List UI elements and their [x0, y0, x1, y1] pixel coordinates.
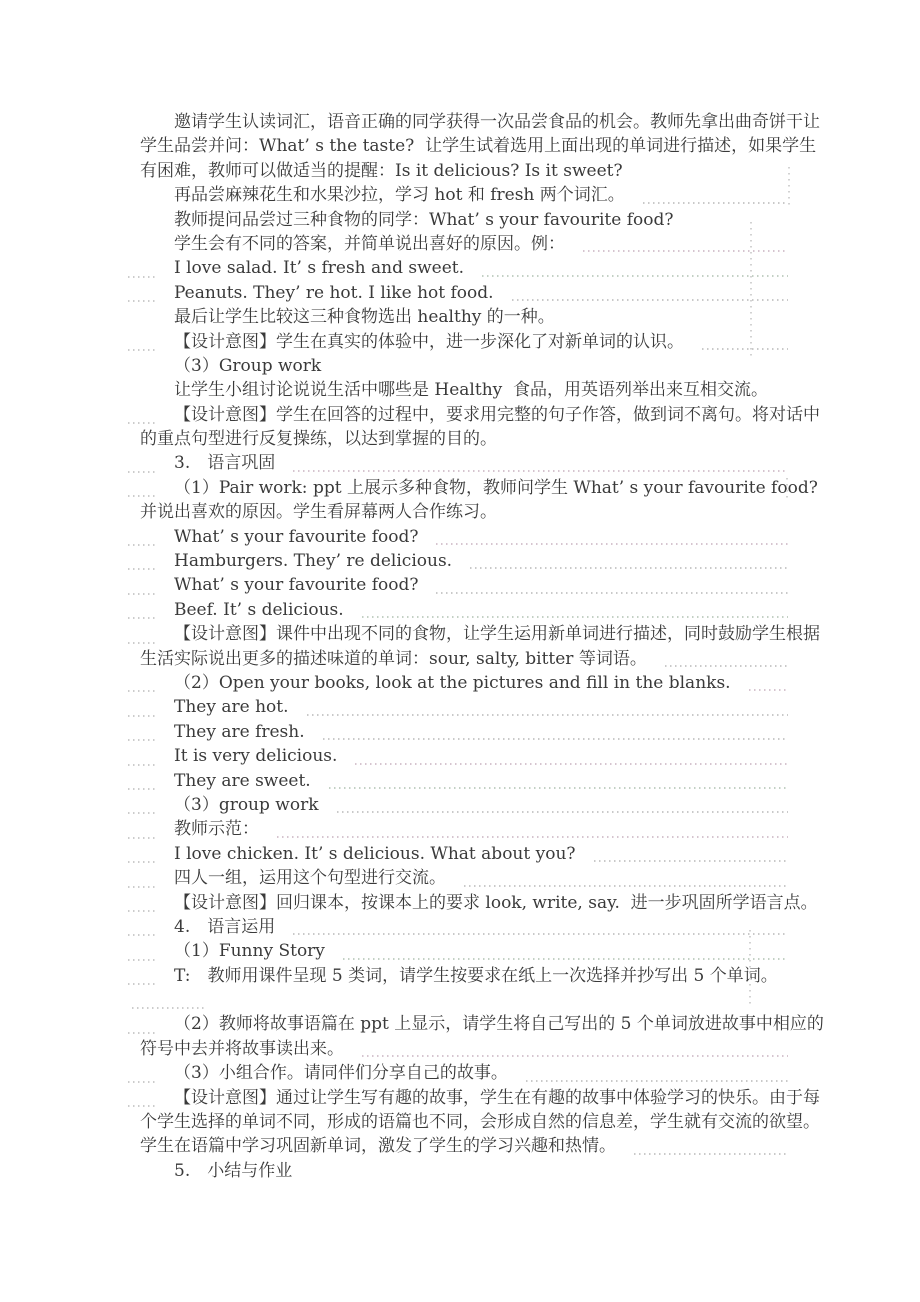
- doc-line: Beef. It’ s delicious.: [140, 598, 788, 622]
- doc-line-text: 学生在语篇中学习巩固新单词，激发了学生的学习兴趣和热情。: [140, 1134, 616, 1158]
- doc-line-text: （2）Open your books, look at the pictures…: [140, 671, 731, 695]
- scan-artifact-vline: [750, 222, 752, 356]
- doc-line: （2）教师将故事语篇在 ppt 上显示，请学生将自己写出的 5 个单词放进故事中…: [140, 1012, 788, 1036]
- doc-line-text: 四人一组，运用这个句型进行交流。: [140, 866, 446, 890]
- doc-line: What’ s your favourite food?: [140, 573, 788, 597]
- doc-line-text: 学生会有不同的答案，并简单说出喜好的原因。例：: [140, 232, 565, 256]
- lesson-plan-text-block: 邀请学生认读词汇，语音正确的同学获得一次品尝食品的机会。教师先拿出曲奇饼干让 学…: [140, 110, 788, 1183]
- doc-line-text: 有困难，教师可以做适当的提醒：Is it delicious? Is it sw…: [140, 159, 623, 183]
- doc-line-text: 个学生选择的单词不同，形成的语篇也不同，会形成自然的信息差，学生就有交流的欲望。: [140, 1110, 820, 1134]
- doc-line-text: Beef. It’ s delicious.: [140, 598, 344, 622]
- doc-line: 教师示范：: [140, 817, 788, 841]
- design-intent-line: 【设计意图】学生在回答的过程中，要求用完整的句子作答，做到词不离句。将对话中: [140, 403, 788, 427]
- doc-line: 并说出喜欢的原因。学生看屏幕两人合作练习。: [140, 500, 788, 524]
- doc-line-text: 教师示范：: [140, 817, 259, 841]
- doc-line: （1）Funny Story: [140, 939, 788, 963]
- doc-line-text: 【设计意图】课件中出现不同的食物，让学生运用新单词进行描述，同时鼓励学生根据: [140, 622, 820, 646]
- doc-line: They are fresh.: [140, 720, 788, 744]
- doc-line: It is very delicious.: [140, 744, 788, 768]
- doc-line: Peanuts. They’ re hot. I like hot food.: [140, 281, 788, 305]
- doc-line-text: 符号中去并将故事读出来。: [140, 1037, 344, 1061]
- doc-line-text: 的重点句型进行反复操练，以达到掌握的目的。: [140, 427, 497, 451]
- doc-line-text: Peanuts. They’ re hot. I like hot food.: [140, 281, 494, 305]
- doc-line-text: 邀请学生认读词汇，语音正确的同学获得一次品尝食品的机会。教师先拿出曲奇饼干让: [140, 110, 820, 134]
- doc-line: T: 教师用课件呈现 5 类词，请学生按要求在纸上一次选择并抄写出 5 个单词。: [140, 964, 788, 988]
- design-intent-line: 【设计意图】通过让学生写有趣的故事，学生在有趣的故事中体验学习的快乐。由于每: [140, 1086, 788, 1110]
- doc-line-text: 生活实际说出更多的描述味道的单词：sour, salty, bitter 等词语…: [140, 647, 647, 671]
- doc-line-text: They are fresh.: [140, 720, 305, 744]
- doc-line-text: 3. 语言巩固: [140, 451, 275, 475]
- doc-line: Hamburgers. They’ re delicious.: [140, 549, 788, 573]
- document-page: 邀请学生认读词汇，语音正确的同学获得一次品尝食品的机会。教师先拿出曲奇饼干让 学…: [0, 0, 920, 1302]
- doc-line-text: What’ s your favourite food?: [140, 525, 418, 549]
- doc-line-text: T: 教师用课件呈现 5 类词，请学生按要求在纸上一次选择并抄写出 5 个单词。: [140, 964, 778, 988]
- doc-line: 让学生小组讨论说说生活中哪些是 Healthy 食品，用英语列举出来互相交流。: [140, 378, 788, 402]
- doc-line: 符号中去并将故事读出来。: [140, 1037, 788, 1061]
- doc-line-text: 再品尝麻辣花生和水果沙拉，学习 hot 和 fresh 两个词汇。: [140, 183, 625, 207]
- doc-line: （3）Group work: [140, 354, 788, 378]
- doc-line: 再品尝麻辣花生和水果沙拉，学习 hot 和 fresh 两个词汇。: [140, 183, 788, 207]
- doc-line-text: They are hot.: [140, 695, 289, 719]
- doc-line: （2）Open your books, look at the pictures…: [140, 671, 788, 695]
- doc-line-text: 并说出喜欢的原因。学生看屏幕两人合作练习。: [140, 500, 497, 524]
- doc-line: 学生品尝并问：What’ s the taste? 让学生试着选用上面出现的单词…: [140, 134, 788, 158]
- doc-line-text: Hamburgers. They’ re delicious.: [140, 549, 452, 573]
- doc-line-text: 学生品尝并问：What’ s the taste? 让学生试着选用上面出现的单词…: [140, 134, 816, 158]
- doc-line-text: 【设计意图】学生在回答的过程中，要求用完整的句子作答，做到词不离句。将对话中: [140, 403, 820, 427]
- blank-line: [140, 988, 788, 1012]
- doc-line: I love chicken. It’ s delicious. What ab…: [140, 842, 788, 866]
- doc-line: 有困难，教师可以做适当的提醒：Is it delicious? Is it sw…: [140, 159, 788, 183]
- doc-line-text: 4. 语言运用: [140, 915, 275, 939]
- doc-line: 教师提问品尝过三种食物的同学：What’ s your favourite fo…: [140, 208, 788, 232]
- doc-line: They are sweet.: [140, 769, 788, 793]
- doc-line-text: 让学生小组讨论说说生活中哪些是 Healthy 食品，用英语列举出来互相交流。: [140, 378, 768, 402]
- doc-line: 学生会有不同的答案，并简单说出喜好的原因。例：: [140, 232, 788, 256]
- scan-artifact-vline: [749, 930, 751, 1007]
- design-intent-line: 【设计意图】课件中出现不同的食物，让学生运用新单词进行描述，同时鼓励学生根据: [140, 622, 788, 646]
- doc-line: 个学生选择的单词不同，形成的语篇也不同，会形成自然的信息差，学生就有交流的欲望。: [140, 1110, 788, 1134]
- doc-line-text: （1）Funny Story: [140, 939, 325, 963]
- doc-line: 学生在语篇中学习巩固新单词，激发了学生的学习兴趣和热情。: [140, 1134, 788, 1158]
- doc-line: 的重点句型进行反复操练，以达到掌握的目的。: [140, 427, 788, 451]
- design-intent-line: 【设计意图】学生在真实的体验中，进一步深化了对新单词的认识。: [140, 330, 788, 354]
- doc-line: What’ s your favourite food?: [140, 525, 788, 549]
- scan-artifact-vline: [786, 478, 788, 502]
- doc-line-text: 【设计意图】回归课本，按课本上的要求 look, write, say. 进一步…: [140, 891, 818, 915]
- doc-line: （3）小组合作。请同伴们分享自己的故事。: [140, 1061, 788, 1085]
- doc-line-text: What’ s your favourite food?: [140, 573, 418, 597]
- doc-line-text: 【设计意图】通过让学生写有趣的故事，学生在有趣的故事中体验学习的快乐。由于每: [140, 1086, 820, 1110]
- doc-line: （1）Pair work: ppt 上展示多种食物，教师问学生 What’ s …: [140, 476, 788, 500]
- doc-line-text: 5. 小结与作业: [140, 1159, 292, 1183]
- doc-line-text: 【设计意图】学生在真实的体验中，进一步深化了对新单词的认识。: [140, 330, 684, 354]
- doc-line-text: It is very delicious.: [140, 744, 337, 768]
- doc-line-text: 教师提问品尝过三种食物的同学：What’ s your favourite fo…: [140, 208, 673, 232]
- doc-line-text: They are sweet.: [140, 769, 311, 793]
- doc-line-text: （1）Pair work: ppt 上展示多种食物，教师问学生 What’ s …: [140, 476, 818, 500]
- design-intent-line: 【设计意图】回归课本，按课本上的要求 look, write, say. 进一步…: [140, 891, 788, 915]
- section-heading-line: 4. 语言运用: [140, 915, 788, 939]
- doc-line-text: （3）group work: [140, 793, 319, 817]
- section-heading-line: 5. 小结与作业: [140, 1159, 788, 1183]
- doc-line-text: 最后让学生比较这三种食物选出 healthy 的一种。: [140, 305, 555, 329]
- doc-line-text: I love salad. It’ s fresh and sweet.: [140, 256, 464, 280]
- doc-line: 四人一组，运用这个句型进行交流。: [140, 866, 788, 890]
- doc-line: 生活实际说出更多的描述味道的单词：sour, salty, bitter 等词语…: [140, 647, 788, 671]
- doc-line-text: I love chicken. It’ s delicious. What ab…: [140, 842, 576, 866]
- doc-line: They are hot.: [140, 695, 788, 719]
- doc-line: （3）group work: [140, 793, 788, 817]
- doc-line: 最后让学生比较这三种食物选出 healthy 的一种。: [140, 305, 788, 329]
- doc-line-text: （3）小组合作。请同伴们分享自己的故事。: [140, 1061, 508, 1085]
- doc-line-text: （2）教师将故事语篇在 ppt 上显示，请学生将自己写出的 5 个单词放进故事中…: [140, 1012, 824, 1036]
- scan-artifact-vline: [788, 167, 790, 208]
- section-heading-line: 3. 语言巩固: [140, 451, 788, 475]
- doc-line-text: （3）Group work: [140, 354, 321, 378]
- doc-line: I love salad. It’ s fresh and sweet.: [140, 256, 788, 280]
- doc-line: 邀请学生认读词汇，语音正确的同学获得一次品尝食品的机会。教师先拿出曲奇饼干让: [140, 110, 788, 134]
